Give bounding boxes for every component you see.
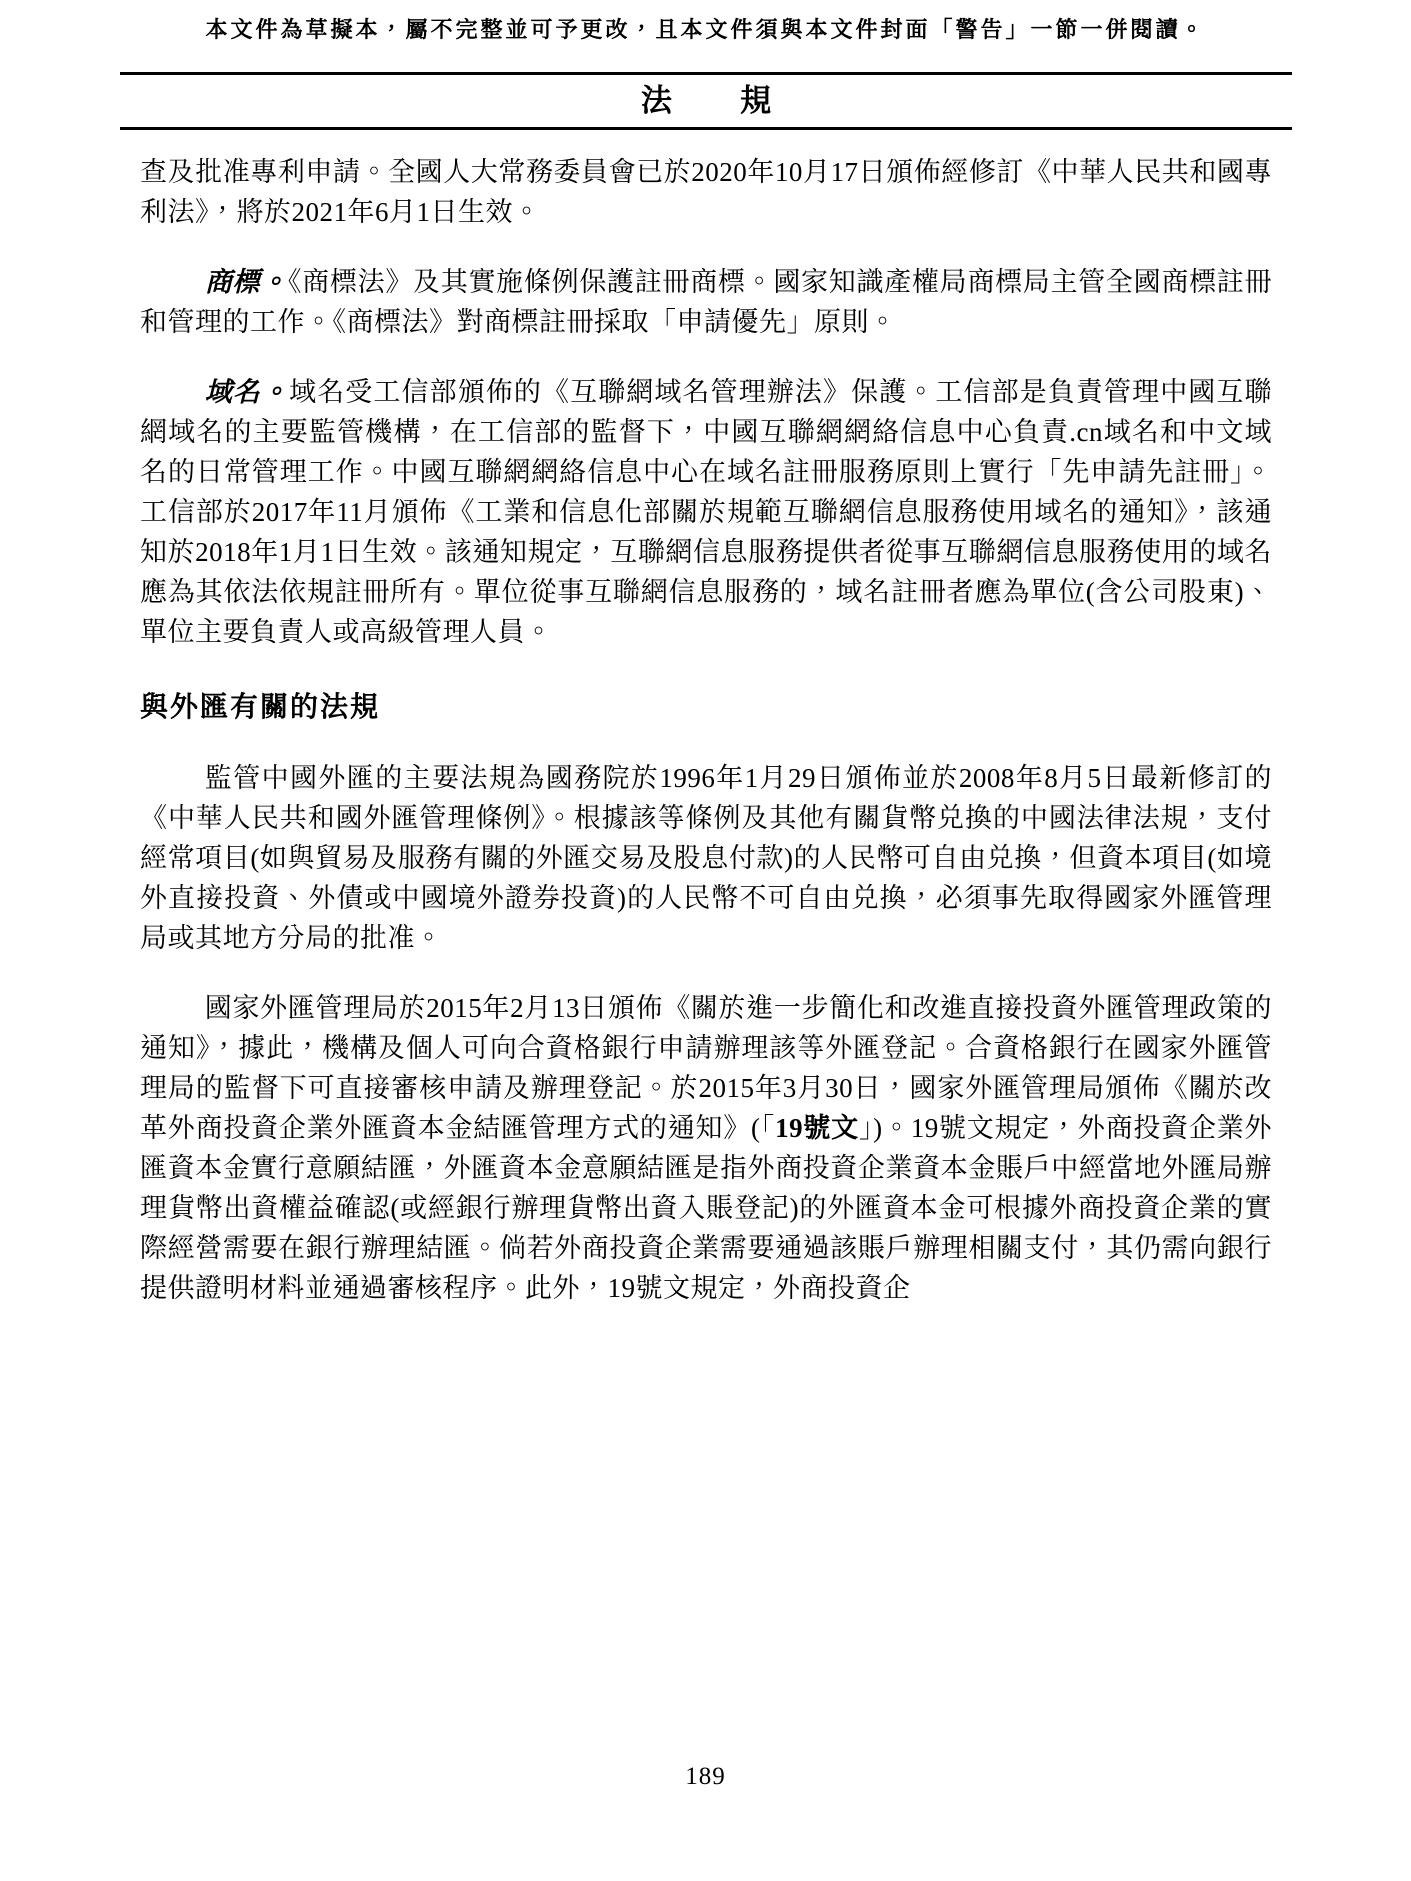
paragraph: 查及批准專利申請。全國人大常務委員會已於2020年10月17日頒佈經修訂《中華人… [140,152,1272,232]
page-title: 法規 [120,82,1292,120]
emphasized-text: 商標。 [205,267,288,297]
page-number: 189 [0,1763,1411,1791]
section-heading: 與外匯有關的法規 [140,688,1272,728]
emphasized-text: 19號文 [775,1113,859,1143]
paragraph: 國家外匯管理局於2015年2月13日頒佈《關於進一步簡化和改進直接投資外匯管理政… [140,988,1272,1308]
body-text: 查及批准專利申請。全國人大常務委員會已於2020年10月17日頒佈經修訂《中華人… [140,157,1272,227]
body-text: 域名受工信部頒佈的《互聯網域名管理辦法》保護。工信部是負責管理中國互聯網域名的主… [140,377,1272,647]
paragraph: 域名。域名受工信部頒佈的《互聯網域名管理辦法》保護。工信部是負責管理中國互聯網域… [140,372,1272,652]
page-header: 本文件為草擬本，屬不完整並可予更改，且本文件須與本文件封面「警告」一節一併閱讀。… [0,0,1411,130]
paragraph: 商標。《商標法》及其實施條例保護註冊商標。國家知識產權局商標局主管全國商標註冊和… [140,262,1272,342]
paragraph: 監管中國外匯的主要法規為國務院於1996年1月29日頒佈並於2008年8月5日最… [140,758,1272,958]
body-text: 與外匯有關的法規 [140,692,380,723]
body-content: 查及批准專利申請。全國人大常務委員會已於2020年10月17日頒佈經修訂《中華人… [140,152,1272,1308]
body-text: 《商標法》及其實施條例保護註冊商標。國家知識產權局商標局主管全國商標註冊和管理的… [140,267,1272,337]
draft-disclaimer: 本文件為草擬本，屬不完整並可予更改，且本文件須與本文件封面「警告」一節一併閱讀。 [0,0,1411,44]
body-text: 監管中國外匯的主要法規為國務院於1996年1月29日頒佈並於2008年8月5日最… [140,763,1272,953]
emphasized-text: 域名。 [205,377,289,407]
section-title-band: 法規 [120,72,1292,130]
